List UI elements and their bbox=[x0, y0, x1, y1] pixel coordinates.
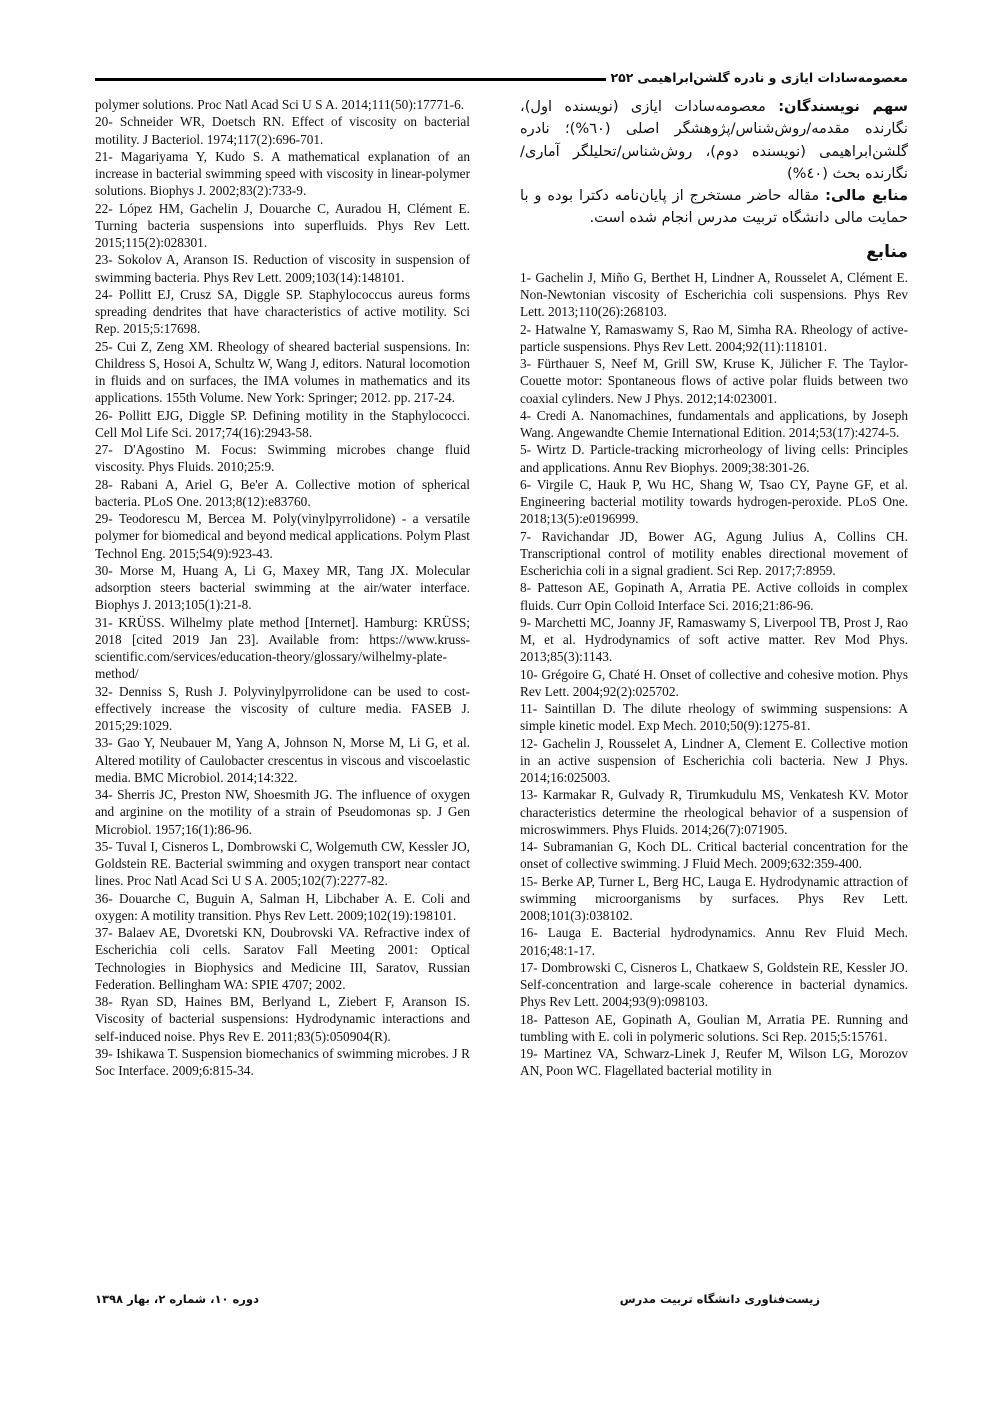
footer-journal-name: زیست‌فناوری دانشگاه تربیت مدرس bbox=[620, 1292, 820, 1306]
right-column: سهم نویسندگان: معصومه‌سادات ایازی (نویسن… bbox=[520, 96, 908, 1080]
references-heading: منابع bbox=[520, 242, 908, 262]
reference-item: 22- López HM, Gachelin J, Douarche C, Au… bbox=[95, 200, 470, 252]
reference-item: 11- Saintillan D. The dilute rheology of… bbox=[520, 700, 908, 735]
reference-item: 25- Cui Z, Zeng XM. Rheology of sheared … bbox=[95, 338, 470, 407]
reference-item: 29- Teodorescu M, Bercea M. Poly(vinylpy… bbox=[95, 510, 470, 562]
reference-item: 26- Pollitt EJG, Diggle SP. Defining mot… bbox=[95, 407, 470, 442]
reference-item: 5- Wirtz D. Particle-tracking microrheol… bbox=[520, 441, 908, 476]
reference-item: 32- Denniss S, Rush J. Polyvinylpyrrolid… bbox=[95, 683, 470, 735]
reference-item: 16- Lauga E. Bacterial hydrodynamics. An… bbox=[520, 924, 908, 959]
reference-list-1-19: 1- Gachelin J, Miño G, Berthet H, Lindne… bbox=[520, 269, 908, 1080]
reference-item: 34- Sherris JC, Preston NW, Shoesmith JG… bbox=[95, 786, 470, 838]
reference-item: 1- Gachelin J, Miño G, Berthet H, Lindne… bbox=[520, 269, 908, 321]
reference-item: 7- Ravichandar JD, Bower AG, Agung Juliu… bbox=[520, 528, 908, 580]
reference-item: 17- Dombrowski C, Cisneros L, Chatkaew S… bbox=[520, 959, 908, 1011]
reference-item: 35- Tuval I, Cisneros L, Dombrowski C, W… bbox=[95, 838, 470, 890]
reference-item: 4- Credi A. Nanomachines, fundamentals a… bbox=[520, 407, 908, 442]
reference-item: 13- Karmakar R, Gulvady R, Tirumkudulu M… bbox=[520, 786, 908, 838]
reference-item: 23- Sokolov A, Aranson IS. Reduction of … bbox=[95, 251, 470, 286]
reference-item: 27- D'Agostino M. Focus: Swimming microb… bbox=[95, 441, 470, 476]
footer-issue-info: دوره ۱۰، شماره ۲، بهار ۱۳۹۸ bbox=[95, 1292, 259, 1306]
reference-item: 24- Pollitt EJ, Crusz SA, Diggle SP. Sta… bbox=[95, 286, 470, 338]
reference-item: 18- Patteson AE, Gopinath A, Goulian M, … bbox=[520, 1011, 908, 1046]
reference-item: 33- Gao Y, Neubauer M, Yang A, Johnson N… bbox=[95, 734, 470, 786]
reference-continuation: polymer solutions. Proc Natl Acad Sci U … bbox=[95, 96, 470, 113]
reference-item: 8- Patteson AE, Gopinath A, Arratia PE. … bbox=[520, 579, 908, 614]
reference-item: 19- Martinez VA, Schwarz-Linek J, Reufer… bbox=[520, 1045, 908, 1080]
page-number: ۲۵۲ bbox=[611, 70, 634, 85]
reference-item: 38- Ryan SD, Haines BM, Berlyand L, Zieb… bbox=[95, 993, 470, 1045]
reference-item: 30- Morse M, Huang A, Li G, Maxey MR, Ta… bbox=[95, 562, 470, 614]
reference-item: 2- Hatwalne Y, Ramaswamy S, Rao M, Simha… bbox=[520, 321, 908, 356]
reference-item: 36- Douarche C, Buguin A, Salman H, Libc… bbox=[95, 890, 470, 925]
reference-item: 3- Fürthauer S, Neef M, Grill SW, Kruse … bbox=[520, 355, 908, 407]
reference-item: 14- Subramanian G, Koch DL. Critical bac… bbox=[520, 838, 908, 873]
header-rule bbox=[95, 78, 606, 81]
running-header: ۲۵۲ معصومه‌سادات ایازی و نادره گلشن‌ابرا… bbox=[95, 70, 908, 85]
reference-item: 21- Magariyama Y, Kudo S. A mathematical… bbox=[95, 148, 470, 200]
reference-item: 10- Grégoire G, Chaté H. Onset of collec… bbox=[520, 666, 908, 701]
two-column-body: polymer solutions. Proc Natl Acad Sci U … bbox=[95, 96, 908, 1080]
meta-block: سهم نویسندگان: معصومه‌سادات ایازی (نویسن… bbox=[520, 96, 908, 230]
references-column-left: polymer solutions. Proc Natl Acad Sci U … bbox=[95, 96, 470, 1079]
reference-item: 31- KRÜSS. Wilhelmy plate method [Intern… bbox=[95, 614, 470, 683]
reference-item: 9- Marchetti MC, Joanny JF, Ramaswamy S,… bbox=[520, 614, 908, 666]
reference-item: 37- Balaev AE, Dvoretski KN, Doubrovski … bbox=[95, 924, 470, 993]
reference-item: 28- Rabani A, Ariel G, Be'er A. Collecti… bbox=[95, 476, 470, 511]
reference-list-20-39: 20- Schneider WR, Doetsch RN. Effect of … bbox=[95, 113, 470, 1079]
author-contribution-paragraph: سهم نویسندگان: معصومه‌سادات ایازی (نویسن… bbox=[520, 96, 908, 185]
reference-item: 6- Virgile C, Hauk P, Wu HC, Shang W, Ts… bbox=[520, 476, 908, 528]
running-authors: معصومه‌سادات ایازی و نادره گلشن‌ابراهیمی bbox=[637, 70, 908, 85]
reference-item: 12- Gachelin J, Rousselet A, Lindner A, … bbox=[520, 735, 908, 787]
author-contribution-label: سهم نویسندگان: bbox=[778, 98, 908, 115]
reference-item: 20- Schneider WR, Doetsch RN. Effect of … bbox=[95, 113, 470, 148]
funding-label: منابع مالی: bbox=[825, 187, 908, 204]
journal-paper-page: ۲۵۲ معصومه‌سادات ایازی و نادره گلشن‌ابرا… bbox=[0, 0, 992, 1403]
page-footer: دوره ۱۰، شماره ۲، بهار ۱۳۹۸ زیست‌فناوری … bbox=[95, 1292, 908, 1306]
reference-item: 15- Berke AP, Turner L, Berg HC, Lauga E… bbox=[520, 873, 908, 925]
funding-paragraph: منابع مالی: مقاله حاضر مستخرج از پایان‌ن… bbox=[520, 185, 908, 230]
reference-item: 39- Ishikawa T. Suspension biomechanics … bbox=[95, 1045, 470, 1080]
